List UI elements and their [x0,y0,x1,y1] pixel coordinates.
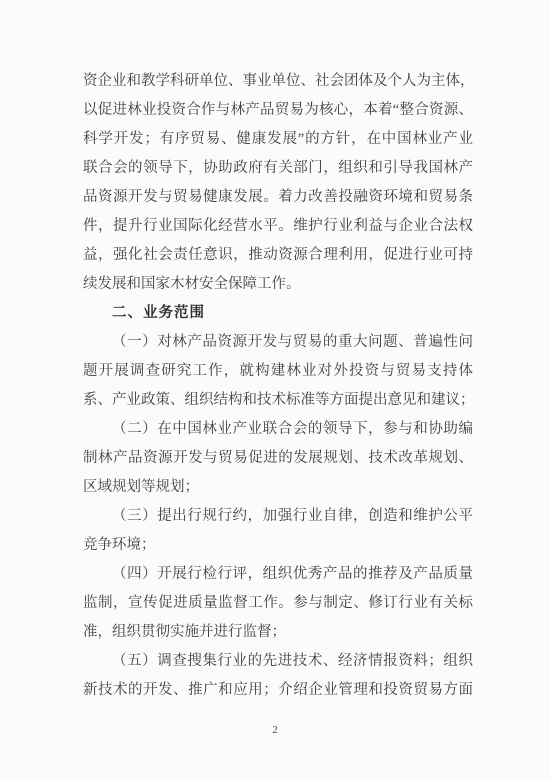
text-line: 竞争环境； [83,531,473,560]
text-line: 品资源开发与贸易健康发展。着力改善投融资环境和贸易条 [83,183,473,212]
text-line: （五）调查搜集行业的先进技术、经济情报资料；组织 [83,647,473,676]
document-page: 资企业和教学科研单位、事业单位、社会团体及个人为主体， 以促进林业投资合作与林产… [0,0,550,780]
text-line: 联合会的领导下，协助政府有关部门，组织和引导我国林产 [83,154,473,183]
text-line: 准，组织贯彻实施并进行监督； [83,618,473,647]
text-line: （三）提出行规行约，加强行业自律，创造和维护公平 [83,502,473,531]
text-line: 监制，宣传促进质量监督工作。参与制定、修订行业有关标 [83,589,473,618]
text-line: （二）在中国林业产业联合会的领导下，参与和协助编 [83,415,473,444]
page-number: 2 [0,722,550,738]
text-line: 资企业和教学科研单位、事业单位、社会团体及个人为主体， [83,67,473,96]
text-line: 续发展和国家木材安全保障工作。 [83,270,473,299]
text-line: （四）开展行检行评，组织优秀产品的推荐及产品质量 [83,560,473,589]
text-line: 新技术的开发、推广和应用；介绍企业管理和投资贸易方面 [83,676,473,705]
text-line: 科学开发；有序贸易、健康发展”的方针，在中国林业产业 [83,125,473,154]
text-line: 题开展调查研究工作，就构建林业对外投资与贸易支持体 [83,357,473,386]
text-line: 系、产业政策、组织结构和技术标准等方面提出意见和建议； [83,386,473,415]
text-line: 以促进林业投资合作与林产品贸易为核心，本着“整合资源、 [83,96,473,125]
section-heading: 二、业务范围 [83,299,473,328]
text-line: 制林产品资源开发与贸易促进的发展规划、技术改革规划、 [83,444,473,473]
text-column: 资企业和教学科研单位、事业单位、社会团体及个人为主体， 以促进林业投资合作与林产… [83,67,473,705]
text-line: 件，提升行业国际化经营水平。维护行业利益与企业合法权 [83,212,473,241]
text-line: 益，强化社会责任意识，推动资源合理利用，促进行业可持 [83,241,473,270]
text-line: 区域规划等规划； [83,473,473,502]
text-line: （一）对林产品资源开发与贸易的重大问题、普遍性问 [83,328,473,357]
